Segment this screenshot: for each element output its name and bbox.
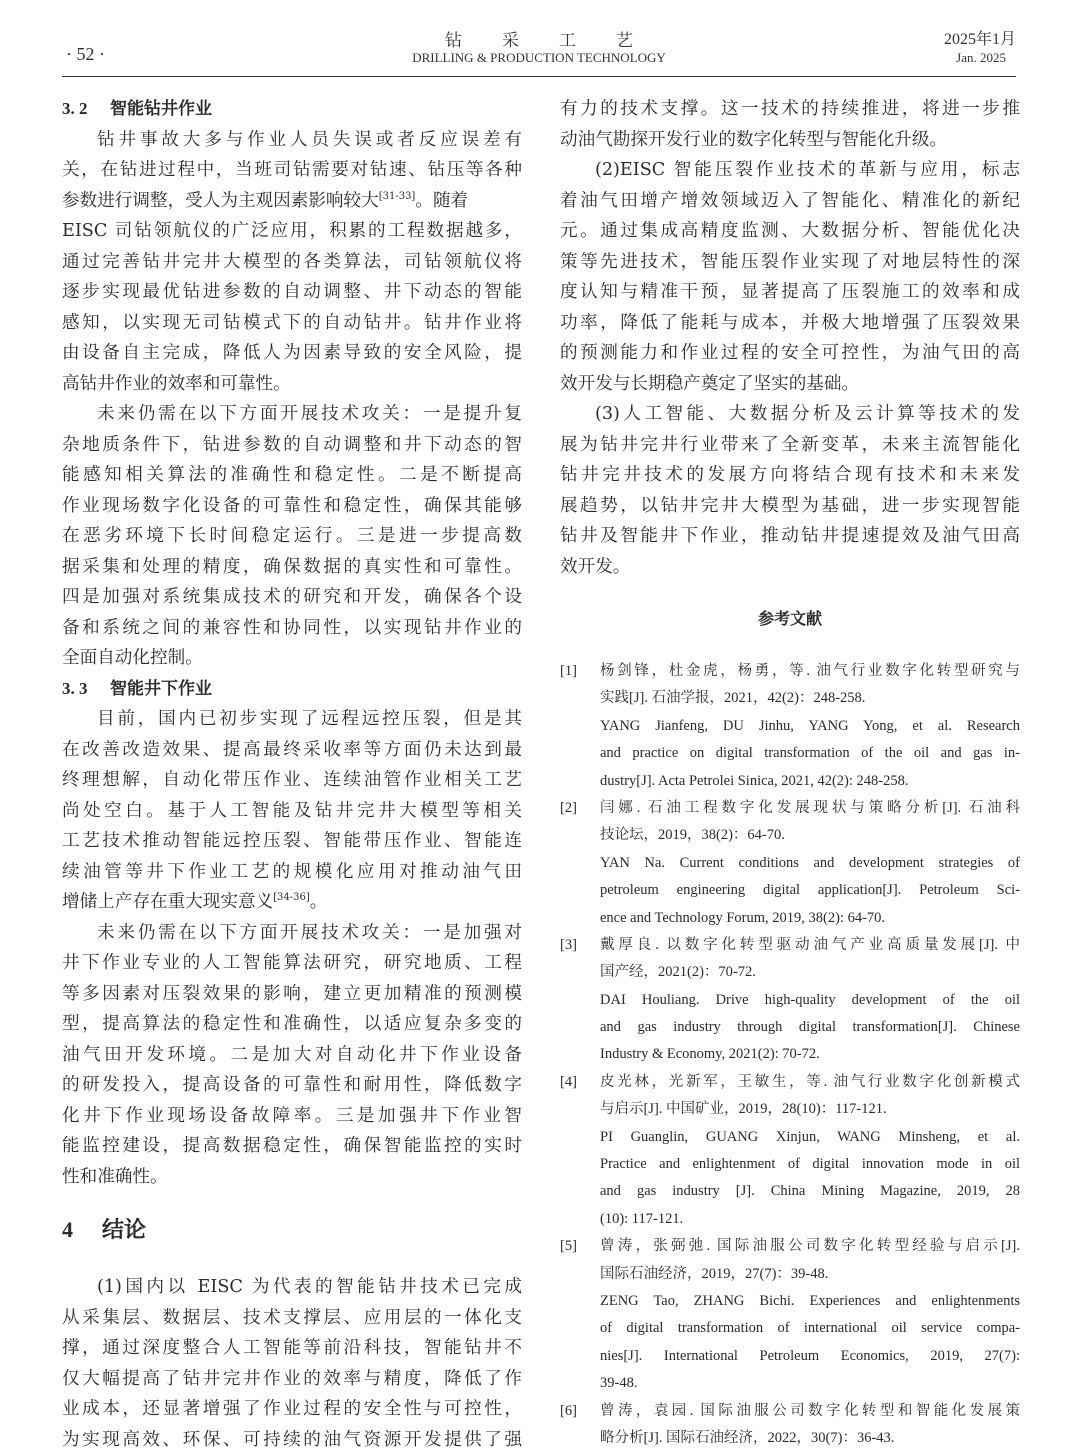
reference-line: of digital transformation of internation…	[600, 1315, 1020, 1342]
reference-list: [1]杨剑锋，杜金虎，杨勇，等. 油气行业数字化转型研究与实践[J]. 石油学报…	[560, 658, 1020, 1452]
text-line: 高钻井作业的效率和可靠性。	[62, 369, 522, 400]
paragraph-3-3-2: 未来仍需在以下方面开展技术攻关：一是加强对 井下作业专业的人工智能算法研究，研究…	[62, 918, 522, 1193]
reference-item: [4]皮光林，光新军，王敏生，等. 油气行业数字化创新模式与启示[J]. 中国矿…	[560, 1069, 1020, 1233]
text-line: 目前，国内已初步实现了远程远控压裂，但是其	[62, 704, 522, 735]
text-line: 通过完善钻井完井大模型的各类算法，司钻领航仪将	[62, 247, 522, 278]
section-number: 3. 2	[62, 94, 110, 125]
text-line: 感知，以实现无司钻模式下的自动钻井。钻井作业将	[62, 308, 522, 339]
reference-number: [3]	[560, 932, 577, 959]
reference-line: and practice on digital transformation o…	[600, 740, 1020, 767]
text-span: 。	[310, 892, 328, 912]
reference-line: YAN Na. Current conditions and developme…	[600, 850, 1020, 877]
citation: [31-33]	[379, 191, 416, 202]
text-line: 关，在钻进过程中，当班司钻需要对钻速、钻压等各种	[62, 155, 522, 186]
text-line: EISC 司钻领航仪的广泛应用，积累的工程数据越多，	[62, 216, 522, 247]
text-line: 的研发投入，提高设备的可靠性和耐用性，降低数字	[62, 1070, 522, 1101]
text-line: 钻井事故大多与作业人员失误或者反应误差有	[62, 125, 522, 156]
text-line: (1)国内以 EISC 为代表的智能钻井技术已完成	[62, 1272, 522, 1303]
chapter-number: 4	[62, 1200, 102, 1260]
reference-line: ence and Technology Forum, 2019, 38(2): …	[600, 905, 1020, 932]
text-line: 从采集层、数据层、技术支撑层、应用层的一体化支	[62, 1303, 522, 1334]
reference-line: 曾涛，袁园. 国际油服公司数字化转型和智能化发展策	[600, 1398, 1020, 1425]
text-line: 逐步实现最优钻进参数的自动调整、井下动态的智能	[62, 277, 522, 308]
text-line: 动油气勘探开发行业的数字化转型与智能化升级。	[560, 125, 1020, 156]
text-line: 续油管等井下作业工艺的规模化应用对推动油气田	[62, 857, 522, 888]
text-line: 型，提高算法的稳定性和准确性，以适应复杂多变的	[62, 1009, 522, 1040]
reference-line: 曾涛，张弼弛. 国际油服公司数字化转型经验与启示[J].	[600, 1233, 1020, 1260]
reference-line: 杨剑锋，杜金虎，杨勇，等. 油气行业数字化转型研究与	[600, 658, 1020, 685]
reference-line: 国际石油经济，2019，27(7)：39-48.	[600, 1261, 1020, 1288]
reference-line: dustry[J]. Acta Petrolei Sinica, 2021, 4…	[600, 768, 1020, 795]
reference-line: 技论坛，2019，38(2)：64-70.	[600, 822, 1020, 849]
text-line: 未来仍需在以下方面开展技术攻关：一是提升复	[62, 399, 522, 430]
reference-item: [1]杨剑锋，杜金虎，杨勇，等. 油气行业数字化转型研究与实践[J]. 石油学报…	[560, 658, 1020, 795]
reference-line: YANG Jianfeng, DU Jinhu, YANG Yong, et a…	[600, 713, 1020, 740]
text-line: 度认知与精准干预，显著提高了压裂施工的效率和成	[560, 277, 1020, 308]
reference-line: 戴厚良. 以数字化转型驱动油气产业高质量发展[J]. 中	[600, 932, 1020, 959]
reference-line: (10): 117-121.	[600, 1206, 1020, 1233]
text-line: 尚处空白。基于人工智能及钻井完井大模型等相关	[62, 796, 522, 827]
reference-number: [4]	[560, 1069, 577, 1096]
text-span: 增储上产存在重大现实意义	[62, 892, 273, 912]
text-line: 在恶劣环境下长时间稳定运行。三是进一步提高数	[62, 521, 522, 552]
reference-line: PI Guanglin, GUANG Xinjun, WANG Minsheng…	[600, 1124, 1020, 1151]
text-line: 工艺技术推动智能远控压裂、智能带压作业、智能连	[62, 826, 522, 857]
page-header: · 52 · 钻采工艺 DRILLING & PRODUCTION TECHNO…	[62, 0, 1016, 77]
text-line: 为实现高效、环保、可持续的油气资源开发提供了强	[62, 1425, 522, 1456]
text-line: 备和系统之间的兼容性和协同性，以实现钻井作业的	[62, 613, 522, 644]
text-line: 在改善改造效果、提高最终采收率等方面仍未达到最	[62, 735, 522, 766]
reference-line: 皮光林，光新军，王敏生，等. 油气行业数字化创新模式	[600, 1069, 1020, 1096]
reference-line: Industry & Economy, 2021(2): 70-72.	[600, 1041, 1020, 1068]
paragraph-3-3-1: 目前，国内已初步实现了远程远控压裂，但是其 在改善改造效果、提高最终采收率等方面…	[62, 704, 522, 918]
text-line: 性和准确性。	[62, 1162, 522, 1193]
section-heading-3-2: 3. 2智能钻井作业	[62, 94, 522, 125]
section-heading-3-3: 3. 3智能井下作业	[62, 674, 522, 705]
reference-number: [5]	[560, 1233, 577, 1260]
text-line: 展趋势，以钻井完井大模型为基础，进一步实现智能	[560, 491, 1020, 522]
reference-line: 略分析[J]. 国际石油经济，2022，30(7)：36-43.	[600, 1425, 1020, 1452]
text-line: 化井下作业现场设备故障率。三是加强井下作业智	[62, 1101, 522, 1132]
paragraph-4-2: (2)EISC 智能压裂作业技术的革新与应用，标志 着油气田增产增效领域迈入了智…	[560, 155, 1020, 399]
text-line: 全面自动化控制。	[62, 643, 522, 674]
issue-date-cn: 2025年1月	[944, 26, 1016, 49]
text-line: 功率，降低了能耗与成本，并极大地增强了压裂效果	[560, 308, 1020, 339]
text-line: 未来仍需在以下方面开展技术攻关：一是加强对	[62, 918, 522, 949]
text-line: 有力的技术支撑。这一技术的持续推进，将进一步推	[560, 94, 1020, 125]
text-line: 作业现场数字化设备的可靠性和稳定性，确保其能够	[62, 491, 522, 522]
text-line: 油气田开发环境。二是加大对自动化井下作业设备	[62, 1040, 522, 1071]
text-span: 参数进行调整，受人为主观因素影响较大	[62, 191, 379, 211]
left-column: 3. 2智能钻井作业 钻井事故大多与作业人员失误或者反应误差有 关，在钻进过程中…	[62, 94, 522, 1455]
text-line: 策等先进技术，智能压裂作业实现了对地层特性的深	[560, 247, 1020, 278]
text-line: 能监控建设，提高数据稳定性，确保智能监控的实时	[62, 1131, 522, 1162]
reference-line: DAI Houliang. Drive high-quality develop…	[600, 987, 1020, 1014]
section-number: 3. 3	[62, 674, 110, 705]
paragraph-3-2-1: 钻井事故大多与作业人员失误或者反应误差有 关，在钻进过程中，当班司钻需要对钻速、…	[62, 125, 522, 400]
text-line: 增储上产存在重大现实意义[34-36]。	[62, 887, 522, 918]
text-span: 。随着	[415, 191, 468, 211]
reference-number: [1]	[560, 658, 577, 685]
reference-line: 39-48.	[600, 1370, 1020, 1397]
reference-line: 闫娜. 石油工程数字化发展现状与策略分析[J]. 石油科	[600, 795, 1020, 822]
reference-item: [3]戴厚良. 以数字化转型驱动油气产业高质量发展[J]. 中国产经，2021(…	[560, 932, 1020, 1069]
text-line: 着油气田增产增效领域迈入了智能化、精准化的新纪	[560, 186, 1020, 217]
reference-line: nies[J]. International Petroleum Economi…	[600, 1343, 1020, 1370]
citation: [34-36]	[273, 892, 310, 903]
text-line: 钻井完井技术的发展方向将结合现有技术和未来发	[560, 460, 1020, 491]
journal-title-en: DRILLING & PRODUCTION TECHNOLOGY	[62, 50, 1016, 66]
text-line: 的预测能力和作业过程的安全可控性，为油气田的高	[560, 338, 1020, 369]
section-title: 智能井下作业	[110, 679, 212, 699]
reference-number: [2]	[560, 795, 577, 822]
reference-line: 与启示[J]. 中国矿业，2019，28(10)：117-121.	[600, 1096, 1020, 1123]
paragraph-3-2-2: 未来仍需在以下方面开展技术攻关：一是提升复 杂地质条件下，钻进参数的自动调整和井…	[62, 399, 522, 674]
text-line: 四是加强对系统集成技术的研究和开发，确保各个设	[62, 582, 522, 613]
text-line: 仅大幅提高了钻井完井作业的效率与精度，降低了作	[62, 1364, 522, 1395]
text-line: 等多因素对压裂效果的影响，建立更加精准的预测模	[62, 979, 522, 1010]
text-line: 由设备自主完成，降低人为因素导致的安全风险，提	[62, 338, 522, 369]
reference-line: ZENG Tao, ZHANG Bichi. Experiences and e…	[600, 1288, 1020, 1315]
text-line: 钻井及智能井下作业，推动钻井提速提效及油气田高	[560, 521, 1020, 552]
reference-number: [6]	[560, 1398, 577, 1425]
reference-item: [6]曾涛，袁园. 国际油服公司数字化转型和智能化发展策略分析[J]. 国际石油…	[560, 1398, 1020, 1453]
reference-line: 国产经，2021(2)：70-72.	[600, 959, 1020, 986]
reference-line: petroleum engineering digital applicatio…	[600, 877, 1020, 904]
text-line: 终理想解，自动化带压作业、连续油管作业相关工艺	[62, 765, 522, 796]
text-line: (2)EISC 智能压裂作业技术的革新与应用，标志	[560, 155, 1020, 186]
reference-line: Practice and enlightenment of digital in…	[600, 1151, 1020, 1178]
text-line: 展为钻井完井行业带来了全新变革，未来主流智能化	[560, 430, 1020, 461]
text-line: 杂地质条件下，钻进参数的自动调整和井下动态的智	[62, 430, 522, 461]
section-title: 智能钻井作业	[110, 99, 212, 119]
reference-item: [2]闫娜. 石油工程数字化发展现状与策略分析[J]. 石油科技论坛，2019，…	[560, 795, 1020, 932]
paragraph-4-3: (3)人工智能、大数据分析及云计算等技术的发 展为钻井完井行业带来了全新变革，未…	[560, 399, 1020, 582]
chapter-heading-4: 4结论	[62, 1200, 522, 1260]
reference-line: and gas industry through digital transfo…	[600, 1014, 1020, 1041]
text-line: 效开发与长期稳产奠定了坚实的基础。	[560, 369, 1020, 400]
journal-title-cn: 钻采工艺	[62, 26, 1016, 51]
paragraph-4-1: (1)国内以 EISC 为代表的智能钻井技术已完成 从采集层、数据层、技术支撑层…	[62, 1272, 522, 1455]
text-line: 效开发。	[560, 552, 1020, 583]
reference-line: and gas industry [J]. China Mining Magaz…	[600, 1178, 1020, 1205]
paragraph-4-1-cont: 有力的技术支撑。这一技术的持续推进，将进一步推 动油气勘探开发行业的数字化转型与…	[560, 94, 1020, 155]
issue-date-en: Jan. 2025	[956, 50, 1006, 66]
text-line: 据采集和处理的精度，确保数据的真实性和可靠性。	[62, 552, 522, 583]
text-line: 撑，通过深度整合人工智能等前沿科技，智能钻井不	[62, 1333, 522, 1364]
text-line: 业成本，还显著增强了作业过程的安全性与可控性，	[62, 1394, 522, 1425]
text-line: 井下作业专业的人工智能算法研究，研究地质、工程	[62, 948, 522, 979]
reference-item: [5]曾涛，张弼弛. 国际油服公司数字化转型经验与启示[J].国际石油经济，20…	[560, 1233, 1020, 1397]
text-line: 能感知相关算法的准确性和稳定性。二是不断提高	[62, 460, 522, 491]
right-column: 有力的技术支撑。这一技术的持续推进，将进一步推 动油气勘探开发行业的数字化转型与…	[560, 94, 1020, 1452]
chapter-title: 结论	[102, 1218, 146, 1243]
text-line: 元。通过集成高精度监测、大数据分析、智能优化决	[560, 216, 1020, 247]
text-line: (3)人工智能、大数据分析及云计算等技术的发	[560, 399, 1020, 430]
text-line: 参数进行调整，受人为主观因素影响较大[31-33]。随着	[62, 186, 522, 217]
references-heading: 参考文献	[560, 604, 1020, 634]
reference-line: 实践[J]. 石油学报，2021，42(2)：248-258.	[600, 685, 1020, 712]
